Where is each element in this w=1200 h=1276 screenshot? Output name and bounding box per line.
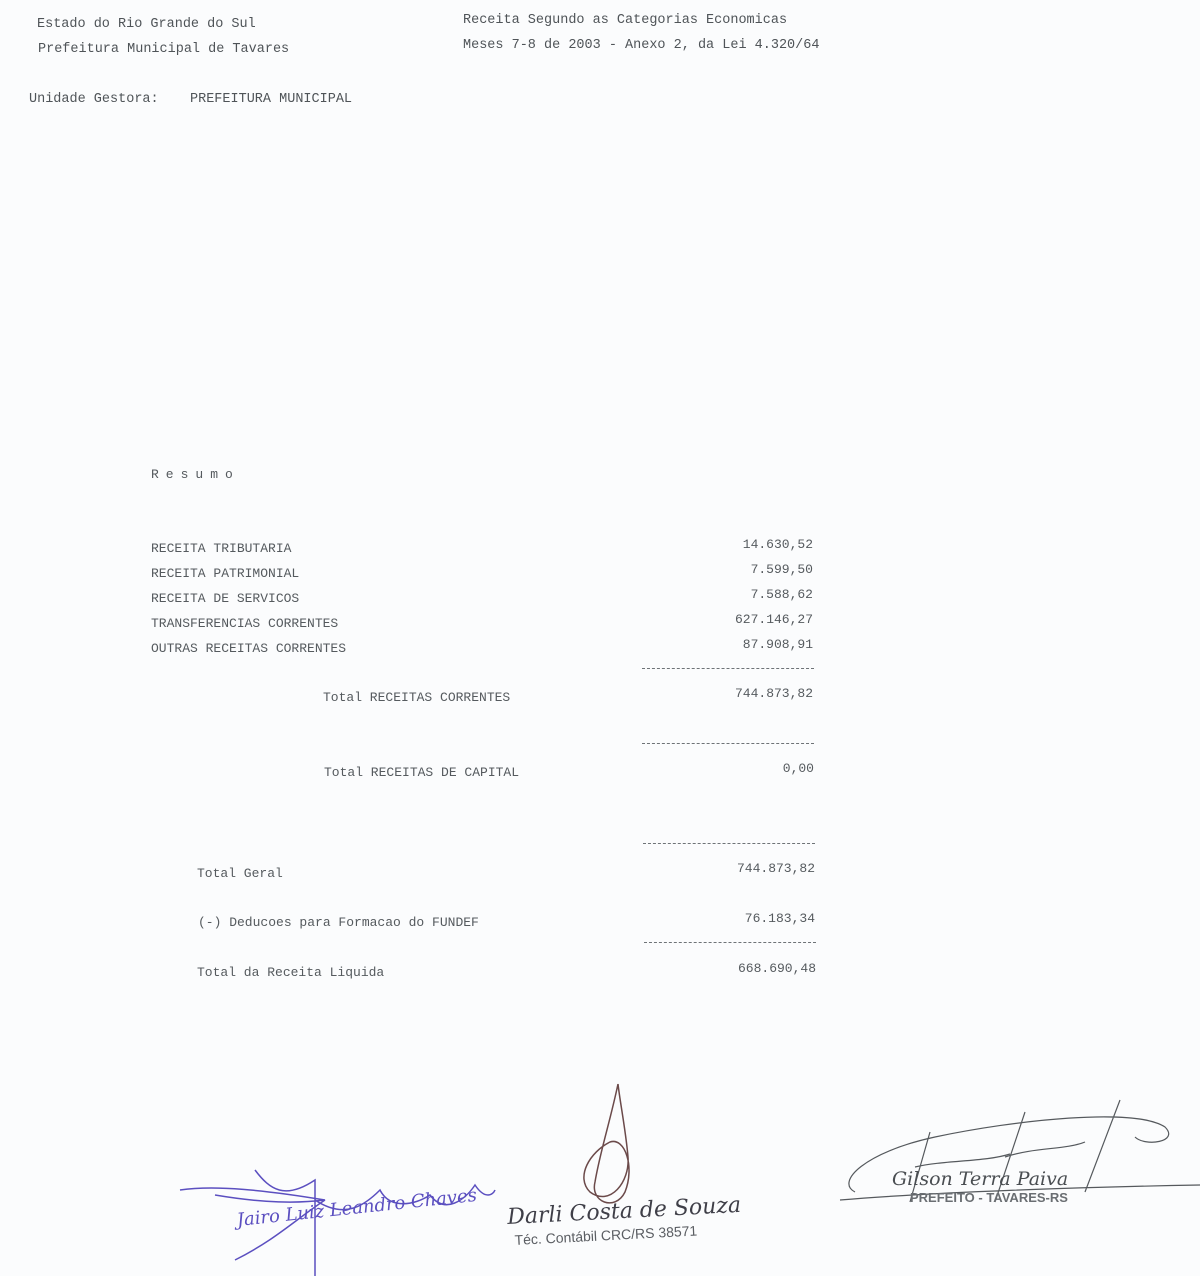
item-value: 87.908,91 [633, 637, 813, 652]
state-name: Estado do Rio Grande do Sul [37, 17, 256, 32]
total-geral-value: 744.873,82 [635, 861, 815, 876]
signature-name-2: Darli Costa de Souza [507, 1193, 742, 1230]
receita-liquida-label: Total da Receita Liquida [197, 965, 384, 980]
separator [642, 743, 814, 744]
unit-label: Unidade Gestora: [29, 92, 159, 107]
item-label: RECEITA PATRIMONIAL [151, 566, 299, 581]
report-period: Meses 7-8 de 2003 - Anexo 2, da Lei 4.32… [463, 38, 819, 53]
item-value: 627.146,27 [633, 612, 813, 627]
separator [643, 843, 815, 844]
separator [644, 942, 816, 943]
signature-title-3: PREFEITO - TAVARES-RS [910, 1190, 1068, 1205]
signature-scribble-2 [570, 1082, 660, 1212]
item-label: RECEITA DE SERVICOS [151, 591, 299, 606]
separator [642, 668, 814, 669]
item-value: 7.588,62 [633, 587, 813, 602]
deducoes-value: 76.183,34 [635, 911, 815, 926]
total-correntes-value: 744.873,82 [633, 686, 813, 701]
receita-liquida-value: 668.690,48 [636, 961, 816, 976]
total-correntes-label: Total RECEITAS CORRENTES [323, 690, 510, 705]
total-geral-label: Total Geral [197, 866, 283, 881]
item-value: 7.599,50 [633, 562, 813, 577]
total-capital-label: Total RECEITAS DE CAPITAL [324, 765, 519, 780]
item-label: OUTRAS RECEITAS CORRENTES [151, 641, 346, 656]
summary-title: Resumo [151, 467, 240, 482]
signature-name-3: Gilson Terra Paiva [892, 1168, 1068, 1190]
item-label: RECEITA TRIBUTARIA [151, 541, 291, 556]
deducoes-label: (-) Deducoes para Formacao do FUNDEF [198, 915, 479, 930]
item-value: 14.630,52 [633, 537, 813, 552]
municipality-name: Prefeitura Municipal de Tavares [38, 42, 289, 57]
item-label: TRANSFERENCIAS CORRENTES [151, 616, 338, 631]
report-title: Receita Segundo as Categorias Economicas [463, 13, 787, 28]
total-capital-value: 0,00 [634, 761, 814, 776]
unit-value: PREFEITURA MUNICIPAL [190, 92, 352, 107]
